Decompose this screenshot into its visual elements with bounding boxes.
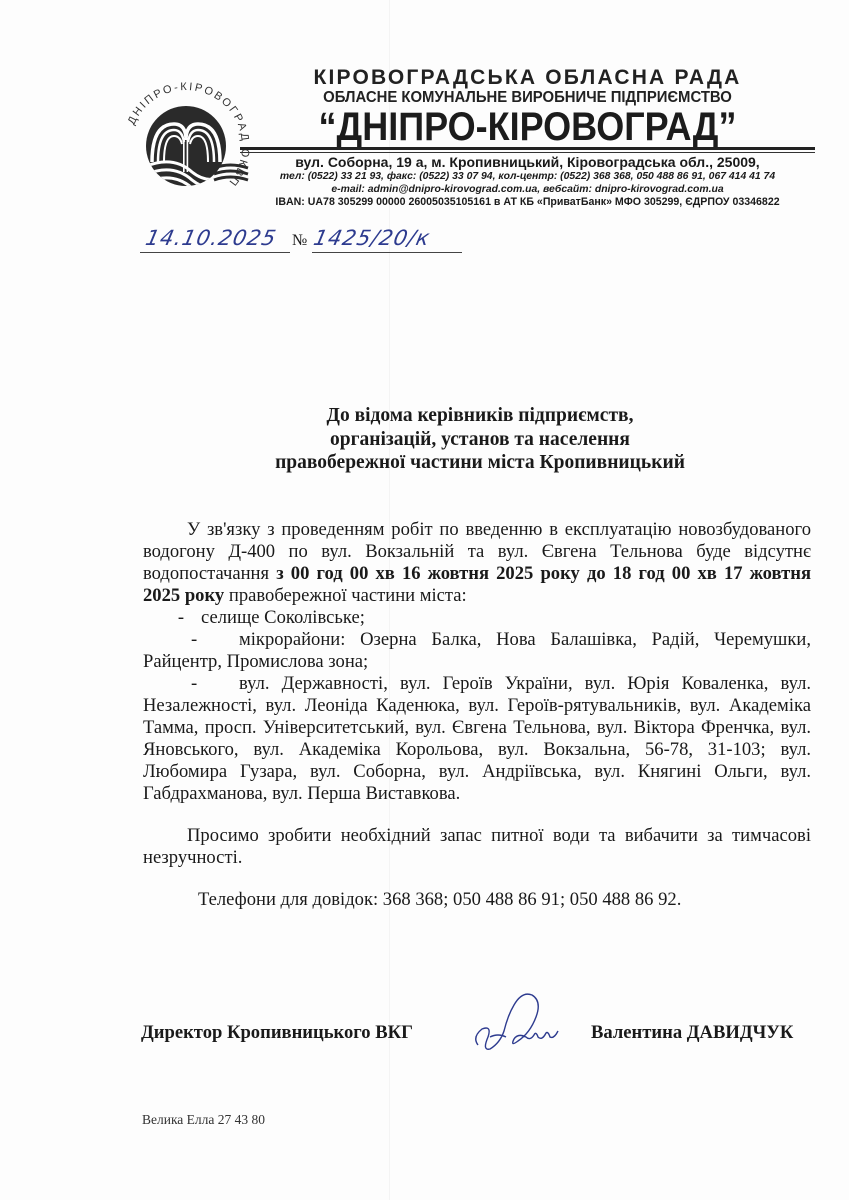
intro-text-end: правобережної частини міста: [224, 585, 466, 606]
letter-body: У зв'язку з проведенням робіт по введенн… [143, 519, 811, 911]
handwritten-date: 14.10.2025 [143, 226, 278, 250]
list-item: -селище Соколівське; [143, 607, 811, 629]
list-item: -мікрорайони: Озерна Балка, Нова Балашів… [143, 629, 811, 673]
company-bank-details: IBAN: UA78 305299 00000 26005035105161 в… [240, 196, 815, 208]
company-name: “ДНІПРО-КІРОВОГРАД” [269, 106, 787, 148]
intro-paragraph: У зв'язку з проведенням робіт по введенн… [143, 519, 811, 607]
document-page: ДНІПРО-КІРОВОГРАД ОКВП КІРОВОГРАДСЬКА ОБ… [0, 0, 849, 1200]
reference-phones: Телефони для довідок: 368 368; 050 488 8… [143, 889, 811, 911]
addressee-block: До відома керівників підприємств, органі… [200, 404, 760, 475]
number-sign: № [292, 232, 307, 250]
bullet-dash: - [143, 673, 239, 695]
request-paragraph: Просимо зробити необхідний запас питної … [143, 825, 811, 869]
header-rule [240, 147, 815, 150]
list-item: -вул. Державності, вул. Героїв України, … [143, 673, 811, 805]
addressee-line: правобережної частини міста Кропивницьки… [200, 451, 760, 475]
registration-number-field: 1425/20/к [312, 226, 462, 253]
fountain-emblem-icon: ДНІПРО-КІРОВОГРАД ОКВП [122, 82, 250, 210]
bullet-dash: - [143, 607, 201, 629]
handwritten-number: 1425/20/к [311, 226, 432, 250]
bullet-dash: - [143, 629, 239, 651]
registration-date-field: 14.10.2025 [140, 226, 290, 253]
list-item-text: вул. Державності, вул. Героїв України, в… [143, 673, 811, 804]
regional-council-title: КІРОВОГРАДСЬКА ОБЛАСНА РАДА [240, 66, 815, 90]
executor-contact: Велика Елла 27 43 80 [142, 1112, 265, 1128]
handwritten-signature-icon [470, 985, 580, 1060]
addressee-line: До відома керівників підприємств, [200, 404, 760, 428]
company-phones: тел: (0522) 33 21 93, факс: (0522) 33 07… [240, 171, 815, 182]
list-item-text: селище Соколівське; [201, 607, 365, 628]
signatory-name: Валентина ДАВИДЧУК [591, 1022, 793, 1044]
list-item-text: мікрорайони: Озерна Балка, Нова Балашівк… [143, 629, 811, 672]
signatory-role: Директор Кропивницького ВКГ [141, 1022, 413, 1044]
company-email-website: e-mail: admin@dnipro-kirovograd.com.ua, … [240, 184, 815, 195]
addressee-line: організацій, установ та населення [200, 428, 760, 452]
header-rule-thin [240, 152, 815, 153]
company-address: вул. Соборна, 19 а, м. Кропивницький, Кі… [240, 154, 815, 170]
